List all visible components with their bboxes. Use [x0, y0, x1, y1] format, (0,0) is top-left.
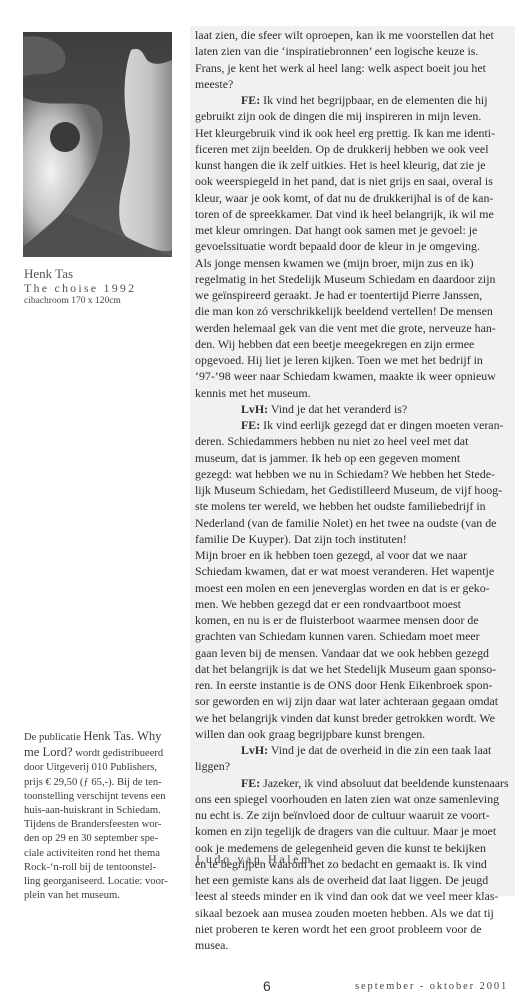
speaker-label: LvH:	[241, 743, 268, 757]
interview-line: willen dan ook graag begrijpbare kunst b…	[195, 726, 515, 742]
line-text: die man kon zó verschrikkelijk beeldend …	[195, 304, 493, 318]
interview-line: Als jonge mensen kwamen we (mijn broer, …	[195, 255, 515, 271]
line-text: gezegd: wat hebben we nu in Schiedam? We…	[195, 467, 495, 481]
interview-text: laat zien, die sfeer wilt oproepen, kan …	[195, 27, 515, 953]
interview-line: regelmatig in het Stedelijk Museum Schie…	[195, 271, 515, 287]
interview-line: komen en zijn tegelijk de dragers van di…	[195, 823, 515, 839]
speaker-label: FE:	[241, 418, 260, 432]
interview-line: toren of de spreekkamer. Dat vind ik hee…	[195, 206, 515, 222]
line-text: Nederland (van de familie Nolet) en het …	[195, 516, 496, 530]
line-text: Het kleurgebruik vind ik ook heel erg pr…	[195, 126, 495, 140]
line-text: Schiedam kwamen, dat er wat moest verand…	[195, 564, 494, 578]
line-text: niet proberen te keren wordt het een gro…	[195, 922, 482, 936]
interview-line: met kleur omringen. Dat hangt ook samen …	[195, 222, 515, 238]
line-text: museum, dat is jammer. Ik heb op een geg…	[195, 451, 460, 465]
speaker-label: FE:	[241, 93, 260, 107]
issue-date: september - oktober 2001	[355, 981, 508, 992]
line-text: Vind je dat de overheid in die zin een t…	[268, 743, 491, 757]
interview-line: grachten van Schiedam kunnen varen. Schi…	[195, 628, 515, 644]
interview-line: ren. In eerste instantie is de ONS door …	[195, 677, 515, 693]
line-text: werden helemaal gek van die vent met die…	[195, 321, 496, 335]
line-text: familie De Kuyper). Dat zijn toch instit…	[195, 532, 407, 546]
line-text: gaan leven bij de mensen. Vandaar dat we…	[195, 646, 489, 660]
interview-line: Nederland (van de familie Nolet) en het …	[195, 515, 515, 531]
line-text: nu echt is. Ze zijn beïnvloed door de cu…	[195, 808, 490, 822]
line-text: gebruikt zijn ook de dingen die mij insp…	[195, 109, 481, 123]
interview-line: sikaal bezoek aan musea zouden moeten he…	[195, 905, 515, 921]
interview-line: den. Wij hebben dat een beetje meegekreg…	[195, 336, 515, 352]
interview-line: het een gemiste kans als de overheid dat…	[195, 872, 515, 888]
line-text: willen dan ook graag begrijpbare kunst b…	[195, 727, 425, 741]
interview-line: deren. Schiedammers hebben nu niet zo he…	[195, 433, 515, 449]
caption-artist: Henk Tas	[24, 266, 136, 281]
line-text: deren. Schiedammers hebben nu niet zo he…	[195, 434, 468, 448]
note-line: plein van het museum.	[24, 889, 174, 903]
note-line: prijs € 29,50 (ƒ 65,-). Bij de ten-	[24, 776, 174, 790]
line-text: grachten van Schiedam kunnen varen. Schi…	[195, 629, 480, 643]
interview-line: kleur, waar je ook komt, of dat nu de dr…	[195, 190, 515, 206]
line-text: komen en zijn tegelijk de dragers van di…	[195, 824, 496, 838]
line-text: kleur, waar je ook komt, of dat nu de dr…	[195, 191, 493, 205]
line-text: ste molens ter wereld, we hebben het oud…	[195, 499, 486, 513]
line-text: ren. In eerste instantie is de ONS door …	[195, 678, 493, 692]
page-number: 6	[263, 978, 271, 994]
author-byline: Ludo van Halem	[196, 852, 313, 867]
line-text: ‘97-’98 weer naar Schiedam kwamen, maakt…	[195, 369, 496, 383]
interview-speaker-line: LvH: Vind je dat het veranderd is?	[195, 401, 515, 417]
interview-line: niet proberen te keren wordt het een gro…	[195, 921, 515, 937]
line-text: sikaal bezoek aan musea zouden moeten he…	[195, 906, 494, 920]
line-text: laat zien, die sfeer wilt oproepen, kan …	[195, 28, 494, 42]
line-text: we het belangrijk vinden dat kunst brede…	[195, 711, 495, 725]
line-text: Ik vind het begrijpbaar, en de elementen…	[260, 93, 487, 107]
speaker-label: LvH:	[241, 402, 268, 416]
line-text: komen, en nu is er de fluisterboot waarm…	[195, 613, 479, 627]
line-text: dat het belangrijk is dat we het Stedeli…	[195, 662, 496, 676]
line-text: men. We hebben gezegd dat er een rondvaa…	[195, 597, 461, 611]
line-text: musea.	[195, 938, 228, 952]
line-text: Ik vind eerlijk gezegd dat er dingen moe…	[260, 418, 503, 432]
interview-line: ficeren met zijn beelden. Op de drukkeri…	[195, 141, 515, 157]
interview-line: Frans, je kent het werk al heel lang: we…	[195, 60, 515, 76]
interview-line: gevoelssituatie wordt bepaald door de kl…	[195, 238, 515, 254]
interview-line: dat het belangrijk is dat we het Stedeli…	[195, 661, 515, 677]
note-line: ling georganiseerd. Locatie: voor-	[24, 875, 174, 889]
line-text: kennis met het museum.	[195, 386, 311, 400]
interview-line: ste molens ter wereld, we hebben het oud…	[195, 498, 515, 514]
interview-line: museum, dat is jammer. Ik heb op een geg…	[195, 450, 515, 466]
line-text: lijk Museum Schiedam, het Gedistilleerd …	[195, 483, 502, 497]
interview-line: kennis met het museum.	[195, 385, 515, 401]
caption-medium: cibachroom 170 x 120cm	[24, 295, 136, 307]
line-text: Mijn broer en ik hebben toen gezegd, al …	[195, 548, 467, 562]
note-line: Tijdens de Brandersfeesten wor-	[24, 818, 174, 832]
line-text: leest al steeds minder en ik vind dan oo…	[195, 889, 498, 903]
line-text: sor geworden en wij zijn daar wat later …	[195, 694, 498, 708]
interview-line: ons een spiegel voorhouden en laten zien…	[195, 791, 515, 807]
note-line: door Uitgeverij 010 Publishers,	[24, 761, 174, 775]
artwork-caption: Henk Tas The choise 1992 cibachroom 170 …	[24, 266, 136, 307]
line-text: Frans, je kent het werk al heel lang: we…	[195, 61, 486, 75]
interview-line: komen, en nu is er de fluisterboot waarm…	[195, 612, 515, 628]
interview-line: kunst hangen die ik zelf uitkies. Het is…	[195, 157, 515, 173]
speaker-label: FE:	[241, 776, 260, 790]
interview-line: Het kleurgebruik vind ik ook heel erg pr…	[195, 125, 515, 141]
interview-speaker-line: FE: Jazeker, ik vind absoluut dat beelde…	[195, 775, 515, 791]
caption-title: The choise 1992	[24, 281, 136, 295]
artwork-photo	[23, 32, 172, 257]
interview-line: laat zien, die sfeer wilt oproepen, kan …	[195, 27, 515, 43]
note-line: huis-aan-huiskrant in Schiedam.	[24, 804, 174, 818]
line-text: gevoelssituatie wordt bepaald door de kl…	[195, 239, 480, 253]
note-line: ciale activiteiten rond het thema	[24, 847, 174, 861]
interview-line: liggen?	[195, 758, 515, 774]
interview-line: Mijn broer en ik hebben toen gezegd, al …	[195, 547, 515, 563]
line-text: ficeren met zijn beelden. Op de drukkeri…	[195, 142, 489, 156]
publication-note: De publicatie Henk Tas. Why me Lord? wor…	[24, 729, 174, 903]
line-text: het een gemiste kans als de overheid dat…	[195, 873, 488, 887]
line-text: opgevoed. Hij liet je leren kijken. Toen…	[195, 353, 483, 367]
line-text: ook weerspiegeld in het pand, dat is nie…	[195, 174, 493, 188]
line-text: laten zien van die ‘inspiratiebronnen’ e…	[195, 44, 478, 58]
sculpture-image-icon	[23, 32, 172, 257]
line-text: met kleur omringen. Dat hangt ook samen …	[195, 223, 477, 237]
interview-line: musea.	[195, 937, 515, 953]
line-text: liggen?	[195, 759, 230, 773]
interview-line: gezegd: wat hebben we nu in Schiedam? We…	[195, 466, 515, 482]
interview-line: familie De Kuyper). Dat zijn toch instit…	[195, 531, 515, 547]
line-text: Jazeker, ik vind absoluut dat beeldende …	[260, 776, 508, 790]
interview-speaker-line: LvH: Vind je dat de overheid in die zin …	[195, 742, 515, 758]
interview-line: we geïnspireerd geraakt. Je had er toent…	[195, 287, 515, 303]
line-text: moest een molen en een jeneverglas worde…	[195, 581, 490, 595]
interview-line: opgevoed. Hij liet je leren kijken. Toen…	[195, 352, 515, 368]
note-line: me Lord? wordt gedistribueerd	[24, 745, 174, 761]
interview-line: gebruikt zijn ook de dingen die mij insp…	[195, 108, 515, 124]
interview-line: men. We hebben gezegd dat er een rondvaa…	[195, 596, 515, 612]
note-line: Rock-‘n-roll bij de tentoonstel-	[24, 861, 174, 875]
interview-line: we het belangrijk vinden dat kunst brede…	[195, 710, 515, 726]
line-text: toren of de spreekkamer. Dat vind ik hee…	[195, 207, 494, 221]
interview-line: nu echt is. Ze zijn beïnvloed door de cu…	[195, 807, 515, 823]
interview-line: ‘97-’98 weer naar Schiedam kwamen, maakt…	[195, 368, 515, 384]
interview-line: die man kon zó verschrikkelijk beeldend …	[195, 303, 515, 319]
note-line: toonstelling verschijnt tevens een	[24, 790, 174, 804]
interview-line: gaan leven bij de mensen. Vandaar dat we…	[195, 645, 515, 661]
interview-line: sor geworden en wij zijn daar wat later …	[195, 693, 515, 709]
interview-speaker-line: FE: Ik vind eerlijk gezegd dat er dingen…	[195, 417, 515, 433]
note-line: den op 29 en 30 september spe-	[24, 832, 174, 846]
line-text: regelmatig in het Stedelijk Museum Schie…	[195, 272, 496, 286]
line-text: ons een spiegel voorhouden en laten zien…	[195, 792, 499, 806]
interview-line: laten zien van die ‘inspiratiebronnen’ e…	[195, 43, 515, 59]
interview-line: Schiedam kwamen, dat er wat moest verand…	[195, 563, 515, 579]
line-text: Vind je dat het veranderd is?	[268, 402, 407, 416]
interview-line: meeste?	[195, 76, 515, 92]
line-text: den. Wij hebben dat een beetje meegekreg…	[195, 337, 474, 351]
interview-line: ook weerspiegeld in het pand, dat is nie…	[195, 173, 515, 189]
line-text: we geïnspireerd geraakt. Je had er toent…	[195, 288, 482, 302]
interview-line: lijk Museum Schiedam, het Gedistilleerd …	[195, 482, 515, 498]
interview-line: moest een molen en een jeneverglas worde…	[195, 580, 515, 596]
interview-speaker-line: FE: Ik vind het begrijpbaar, en de eleme…	[195, 92, 515, 108]
interview-line: werden helemaal gek van die vent met die…	[195, 320, 515, 336]
note-line: De publicatie Henk Tas. Why	[24, 729, 174, 745]
line-text: Als jonge mensen kwamen we (mijn broer, …	[195, 256, 474, 270]
line-text: meeste?	[195, 77, 233, 91]
line-text: kunst hangen die ik zelf uitkies. Het is…	[195, 158, 486, 172]
interview-line: leest al steeds minder en ik vind dan oo…	[195, 888, 515, 904]
